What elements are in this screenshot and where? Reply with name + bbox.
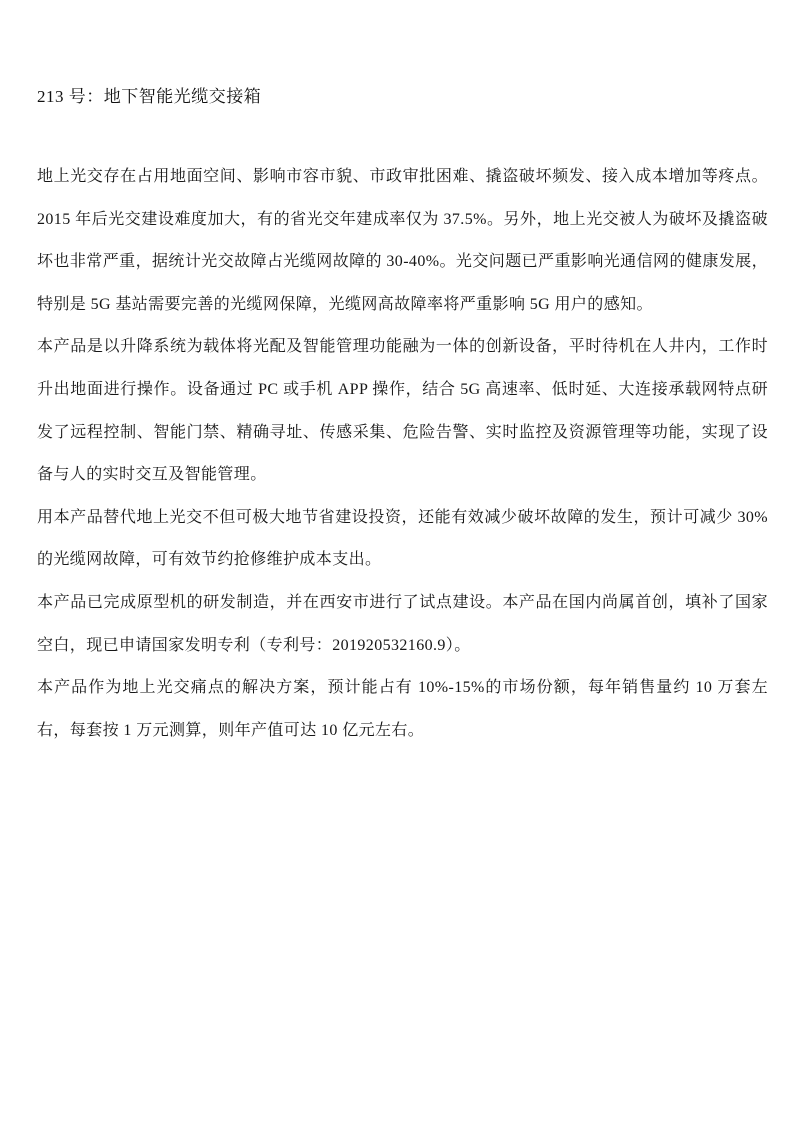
document-title: 213 号：地下智能光缆交接箱: [37, 86, 768, 108]
paragraph-prototype-patent: 本产品已完成原型机的研发制造，并在西安市进行了试点建设。本产品在国内尚属首创，填…: [37, 582, 768, 667]
document-content: 213 号：地下智能光缆交接箱 地上光交存在占用地面空间、影响市容市貌、市政审批…: [0, 86, 800, 752]
paragraph-product-description: 本产品是以升降系统为载体将光配及智能管理功能融为一体的创新设备，平时待机在人井内…: [37, 326, 768, 496]
document-page: 213 号：地下智能光缆交接箱 地上光交存在占用地面空间、影响市容市貌、市政审批…: [0, 0, 800, 1131]
paragraph-cost-savings: 用本产品替代地上光交不但可极大地节省建设投资，还能有效减少破坏故障的发生，预计可…: [37, 497, 768, 582]
paragraph-pain-points: 地上光交存在占用地面空间、影响市容市貌、市政审批困难、撬盗破坏频发、接入成本增加…: [37, 156, 768, 326]
paragraph-market-forecast: 本产品作为地上光交痛点的解决方案，预计能占有 10%-15%的市场份额，每年销售…: [37, 667, 768, 752]
document-body: 地上光交存在占用地面空间、影响市容市貌、市政审批困难、撬盗破坏频发、接入成本增加…: [37, 156, 768, 752]
